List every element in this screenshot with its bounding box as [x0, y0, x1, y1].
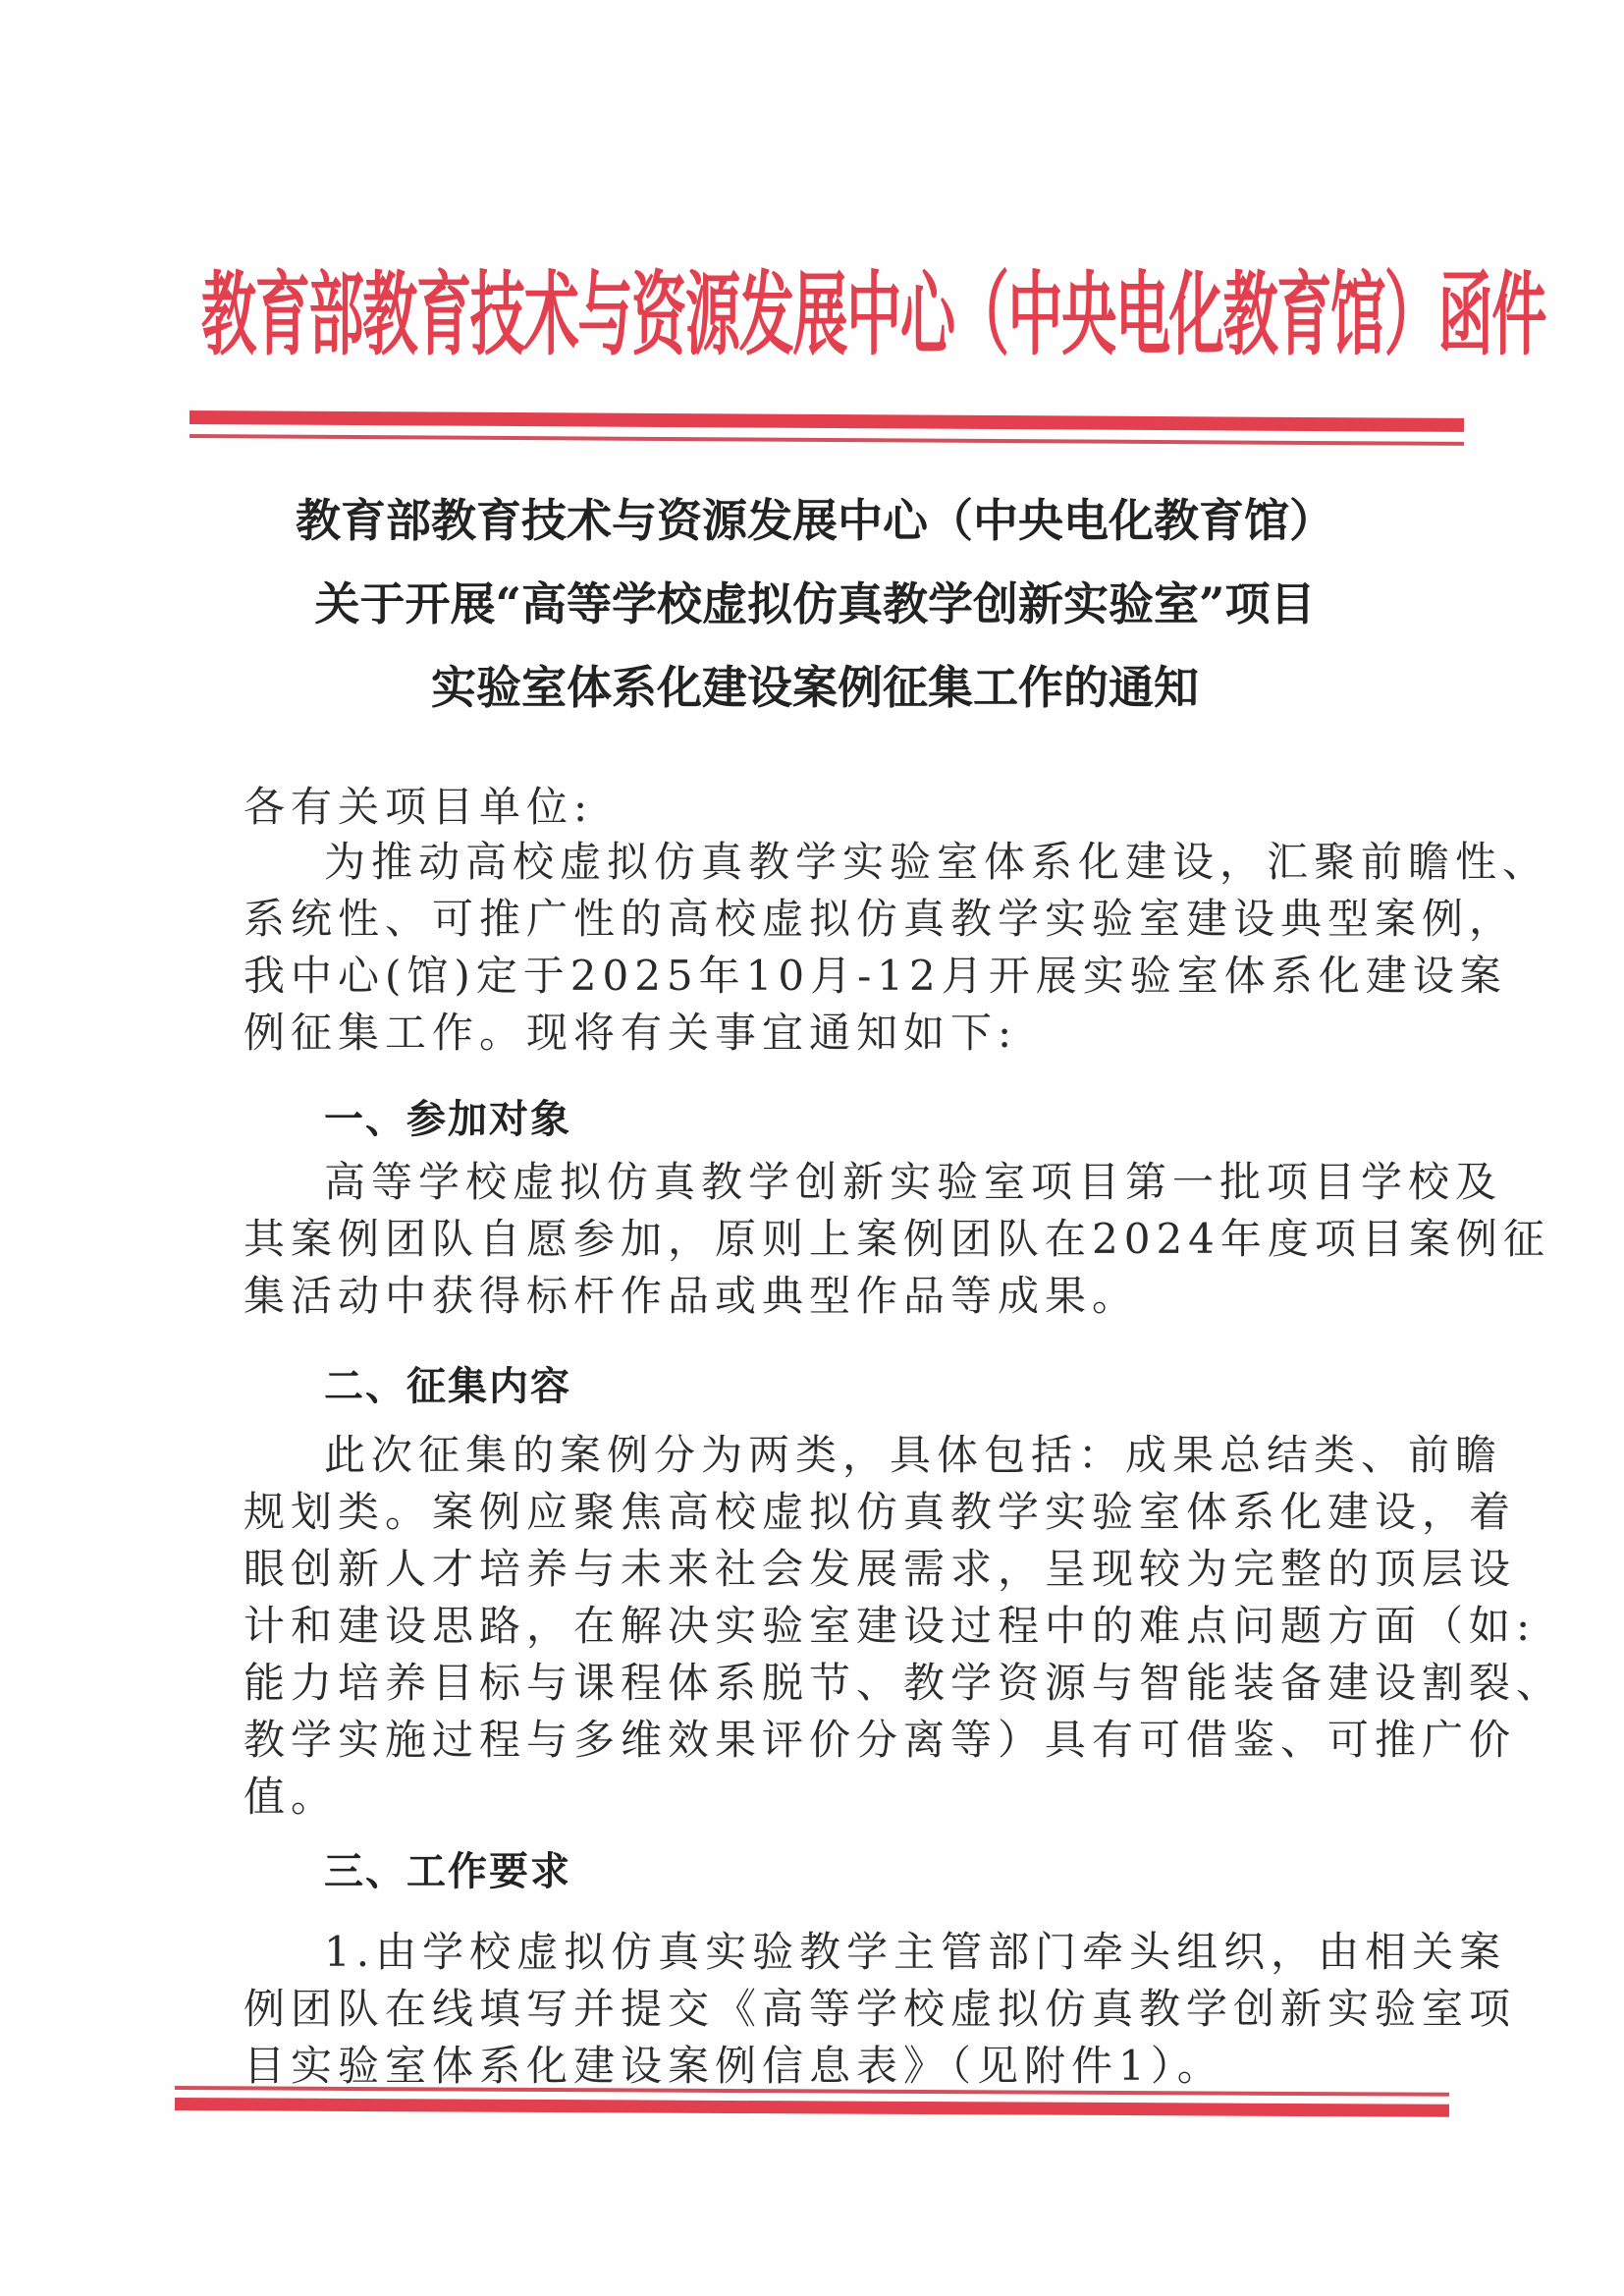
letterhead-rule-thin	[189, 434, 1464, 446]
section-2-line-4: 计和建设思路，在解决实验室建设过程中的难点问题方面（如:	[244, 1601, 1397, 1652]
intro-line-1: 为推动高校虚拟仿真教学实验室体系化建设，汇聚前瞻性、	[324, 837, 1397, 888]
section-3-line-3: 目实验室体系化建设案例信息表》（见附件1）。	[244, 2041, 1224, 2092]
section-1-line-3: 集活动中获得标杆作品或典型作品等成果。	[244, 1271, 1139, 1322]
title-line-2: 关于开展“高等学校虚拟仿真教学创新实验室”项目	[196, 563, 1434, 646]
intro-line-3: 我中心(馆)定于2025年10月-12月开展实验室体系化建设案	[244, 951, 1397, 1002]
footer-rule-thick	[175, 2098, 1449, 2117]
salutation: 各有关项目单位:	[244, 782, 593, 833]
section-2-line-6: 教学实施过程与多维效果评价分离等）具有可借鉴、可推广价	[244, 1715, 1397, 1766]
document-page: 教育部教育技术与资源发展中心（中央电化教育馆）函件 教育部教育技术与资源发展中心…	[0, 0, 1624, 2296]
intro-line-4: 例征集工作。现将有关事宜通知如下:	[244, 1008, 1017, 1059]
section-heading-2: 二、征集内容	[324, 1361, 571, 1412]
title-line-1: 教育部教育技术与资源发展中心（中央电化教育馆）	[196, 479, 1434, 563]
intro-line-2: 系统性、可推广性的高校虚拟仿真教学实验室建设典型案例，	[244, 894, 1397, 945]
section-2-line-3: 眼创新人才培养与未来社会发展需求，呈现较为完整的顶层设	[244, 1544, 1397, 1595]
section-2-line-2: 规划类。案例应聚焦高校虚拟仿真教学实验室体系化建设，着	[244, 1487, 1397, 1538]
section-3-line-1: 1.由学校虚拟仿真实验教学主管部门牵头组织，由相关案	[324, 1927, 1397, 1978]
section-3-line-2: 例团队在线填写并提交《高等学校虚拟仿真教学创新实验室项	[244, 1984, 1397, 2035]
section-1-line-1: 高等学校虚拟仿真教学创新实验室项目第一批项目学校及	[324, 1157, 1397, 1208]
section-1-line-2: 其案例团队自愿参加，原则上案例团队在2024年度项目案例征	[244, 1214, 1397, 1265]
section-2-line-5: 能力培养目标与课程体系脱节、教学资源与智能装备建设割裂、	[244, 1658, 1397, 1709]
letterhead-title: 教育部教育技术与资源发展中心（中央电化教育馆）函件	[201, 257, 1468, 373]
section-heading-3: 三、工作要求	[324, 1846, 571, 1897]
section-2-line-1: 此次征集的案例分为两类，具体包括：成果总结类、前瞻	[324, 1430, 1397, 1481]
title-line-3: 实验室体系化建设案例征集工作的通知	[196, 646, 1434, 730]
letterhead-rule-thick	[189, 410, 1464, 432]
document-title: 教育部教育技术与资源发展中心（中央电化教育馆） 关于开展“高等学校虚拟仿真教学创…	[196, 479, 1434, 730]
section-heading-1: 一、参加对象	[324, 1094, 571, 1145]
section-2-line-7: 值。	[244, 1772, 338, 1823]
